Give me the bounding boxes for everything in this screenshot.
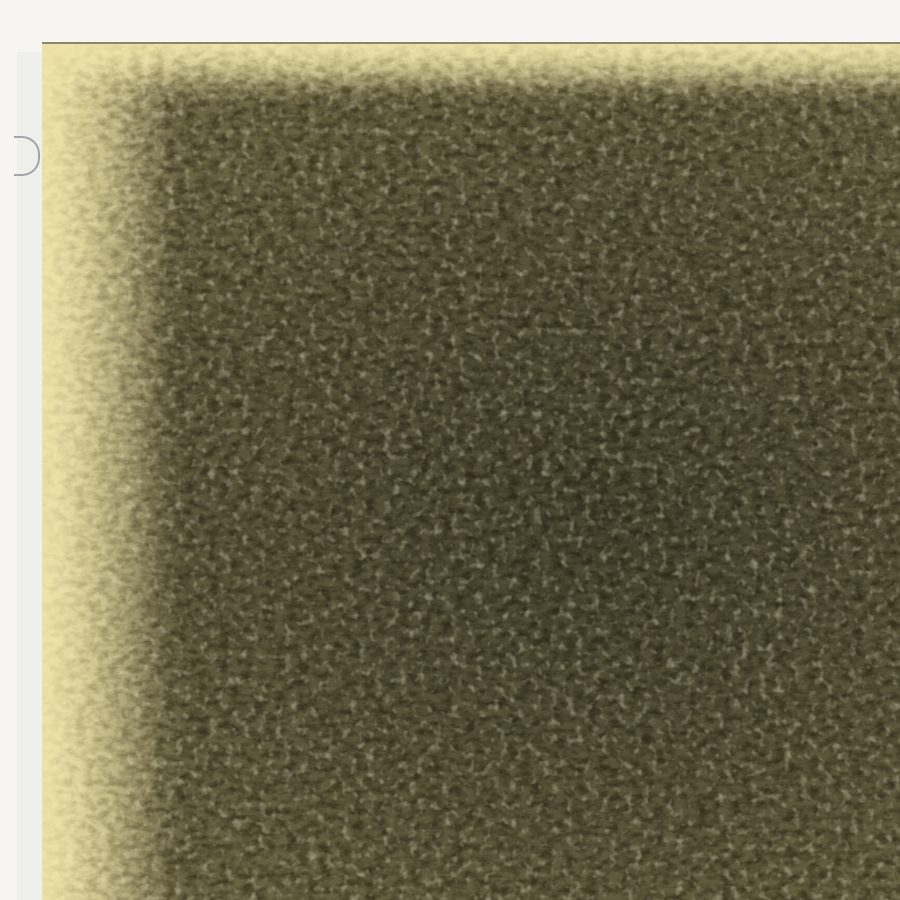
artwork-paper [42, 42, 900, 900]
paper-margin [42, 44, 900, 900]
